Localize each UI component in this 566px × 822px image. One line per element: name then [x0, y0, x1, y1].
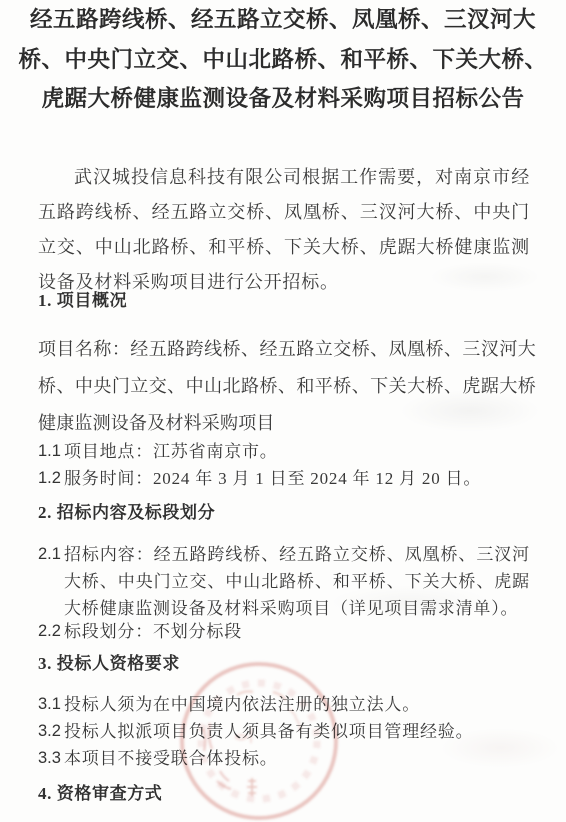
- clause-text: 项目地点：江苏省南京市。: [64, 438, 530, 465]
- clause-3-1: 3.1 投标人须为在中国境内依法注册的独立法人。: [38, 691, 530, 718]
- clause-3-3: 3.3 本项目不接受联合体投标。: [38, 745, 530, 772]
- document-title: 经五路跨线桥、经五路立交桥、凤凰桥、三汊河大 桥、中央门立交、中山北路桥、和平桥…: [0, 0, 566, 119]
- clause-number: 3.2: [38, 718, 64, 745]
- clause-text: 标段划分：不划分标段: [64, 618, 530, 645]
- clause-2-1: 2.1 招标内容：经五路跨线桥、经五路立交桥、凤凰桥、三汊河大桥、中央门立交、中…: [38, 541, 530, 622]
- clause-1-1: 1.1 项目地点：江苏省南京市。: [38, 438, 530, 465]
- clause-text: 本项目不接受联合体投标。: [64, 745, 530, 772]
- clause-text: 服务时间：2024 年 3 月 1 日至 2024 年 12 月 20 日。: [64, 465, 530, 492]
- clause-text: 投标人拟派项目负责人须具备有类似项目管理经验。: [64, 718, 530, 745]
- section-heading-bid-content: 2. 招标内容及标段划分: [38, 500, 530, 526]
- intro-paragraph: 武汉城投信息科技有限公司根据工作需要，对南京市经五路跨线桥、经五路立交桥、凤凰桥…: [38, 160, 530, 300]
- title-line-2: 桥、中央门立交、中山北路桥、和平桥、下关大桥、: [0, 40, 566, 80]
- clause-number: 3.3: [38, 745, 64, 772]
- title-line-1: 经五路跨线桥、经五路立交桥、凤凰桥、三汊河大: [0, 0, 566, 40]
- clause-2-2: 2.2 标段划分：不划分标段: [38, 618, 530, 645]
- section-heading-bidder-qualifications: 3. 投标人资格要求: [38, 651, 530, 677]
- clause-number: 1.1: [38, 438, 64, 465]
- scanned-tender-document: 经五路跨线桥、经五路立交桥、凤凰桥、三汊河大 桥、中央门立交、中山北路桥、和平桥…: [0, 0, 566, 822]
- clause-1-2: 1.2 服务时间：2024 年 3 月 1 日至 2024 年 12 月 20 …: [38, 465, 530, 492]
- section-heading-project-overview: 1. 项目概况: [38, 288, 530, 314]
- clause-number: 2.2: [38, 618, 64, 645]
- clause-number: 2.1: [38, 541, 64, 622]
- clause-number: 1.2: [38, 465, 64, 492]
- clause-3-2: 3.2 投标人拟派项目负责人须具备有类似项目管理经验。: [38, 718, 530, 745]
- title-line-3: 虎踞大桥健康监测设备及材料采购项目招标公告: [0, 79, 566, 119]
- project-name-paragraph: 项目名称：经五路跨线桥、经五路立交桥、凤凰桥、三汊河大桥、中央门立交、中山北路桥…: [38, 331, 536, 442]
- section-heading-qualification-review: 4. 资格审查方式: [38, 781, 530, 807]
- clause-text: 招标内容：经五路跨线桥、经五路立交桥、凤凰桥、三汊河大桥、中央门立交、中山北路桥…: [64, 541, 530, 622]
- clause-text: 投标人须为在中国境内依法注册的独立法人。: [64, 691, 530, 718]
- clause-number: 3.1: [38, 691, 64, 718]
